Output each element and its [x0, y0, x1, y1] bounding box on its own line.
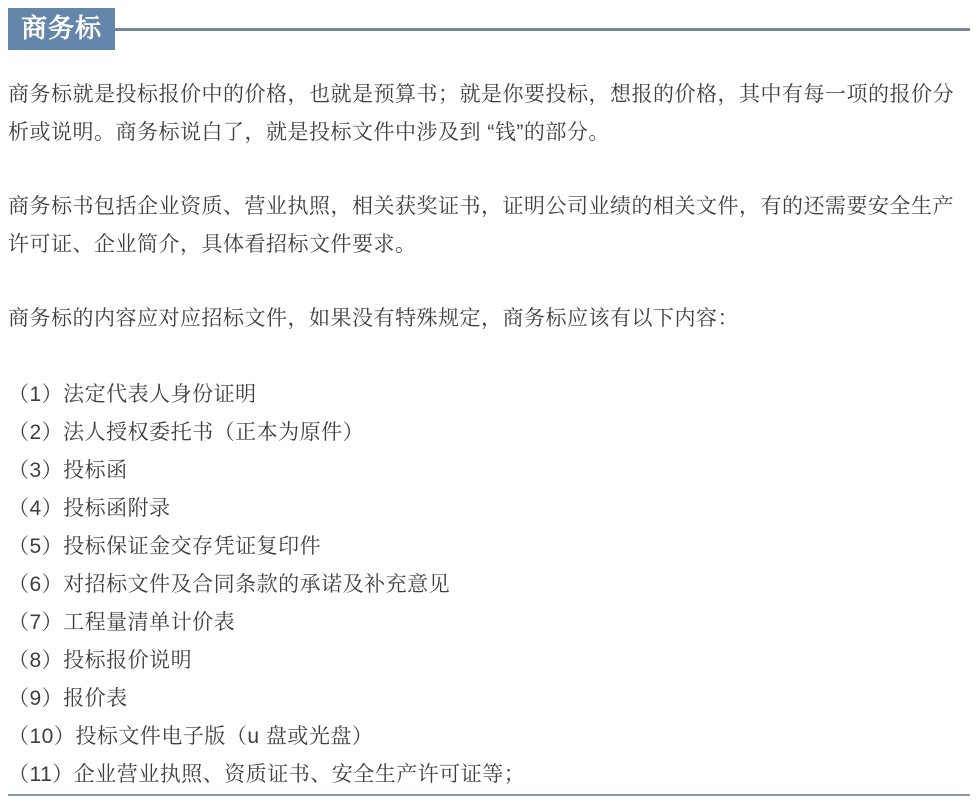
article-page: 商务标 商务标就是投标报价中的价格，也就是预算书；就是你要投标，想报的价格，其中…	[0, 0, 980, 806]
list-item: （8）投标报价说明	[8, 642, 972, 680]
list-item: （9）报价表	[8, 680, 972, 718]
paragraph-contents-lead: 商务标的内容应对应招标文件，如果没有特殊规定，商务标应该有以下内容：	[8, 300, 972, 338]
list-item: （5）投标保证金交存凭证复印件	[8, 528, 972, 566]
content-list: （1）法定代表人身份证明 （2）法人授权委托书（正本为原件） （3）投标函 （4…	[8, 376, 972, 794]
list-item: （1）法定代表人身份证明	[8, 376, 972, 414]
bottom-rule	[8, 794, 970, 796]
list-item: （2）法人授权委托书（正本为原件）	[8, 414, 972, 452]
article-header: 商务标	[8, 8, 972, 50]
header-rule	[115, 28, 970, 31]
paragraph-documents: 商务标书包括企业资质、营业执照，相关获奖证书，证明公司业绩的相关文件，有的还需要…	[8, 188, 972, 264]
list-item: （6）对招标文件及合同条款的承诺及补充意见	[8, 566, 972, 604]
list-item: （7）工程量清单计价表	[8, 604, 972, 642]
list-item: （11）企业营业执照、资质证书、安全生产许可证等；	[8, 756, 972, 794]
list-item: （10）投标文件电子版（u 盘或光盘）	[8, 718, 972, 756]
list-item: （4）投标函附录	[8, 490, 972, 528]
list-item: （3）投标函	[8, 452, 972, 490]
paragraph-intro: 商务标就是投标报价中的价格，也就是预算书；就是你要投标，想报的价格，其中有每一项…	[8, 76, 972, 152]
article-content: 商务标就是投标报价中的价格，也就是预算书；就是你要投标，想报的价格，其中有每一项…	[8, 76, 972, 796]
section-title-badge: 商务标	[8, 8, 115, 50]
